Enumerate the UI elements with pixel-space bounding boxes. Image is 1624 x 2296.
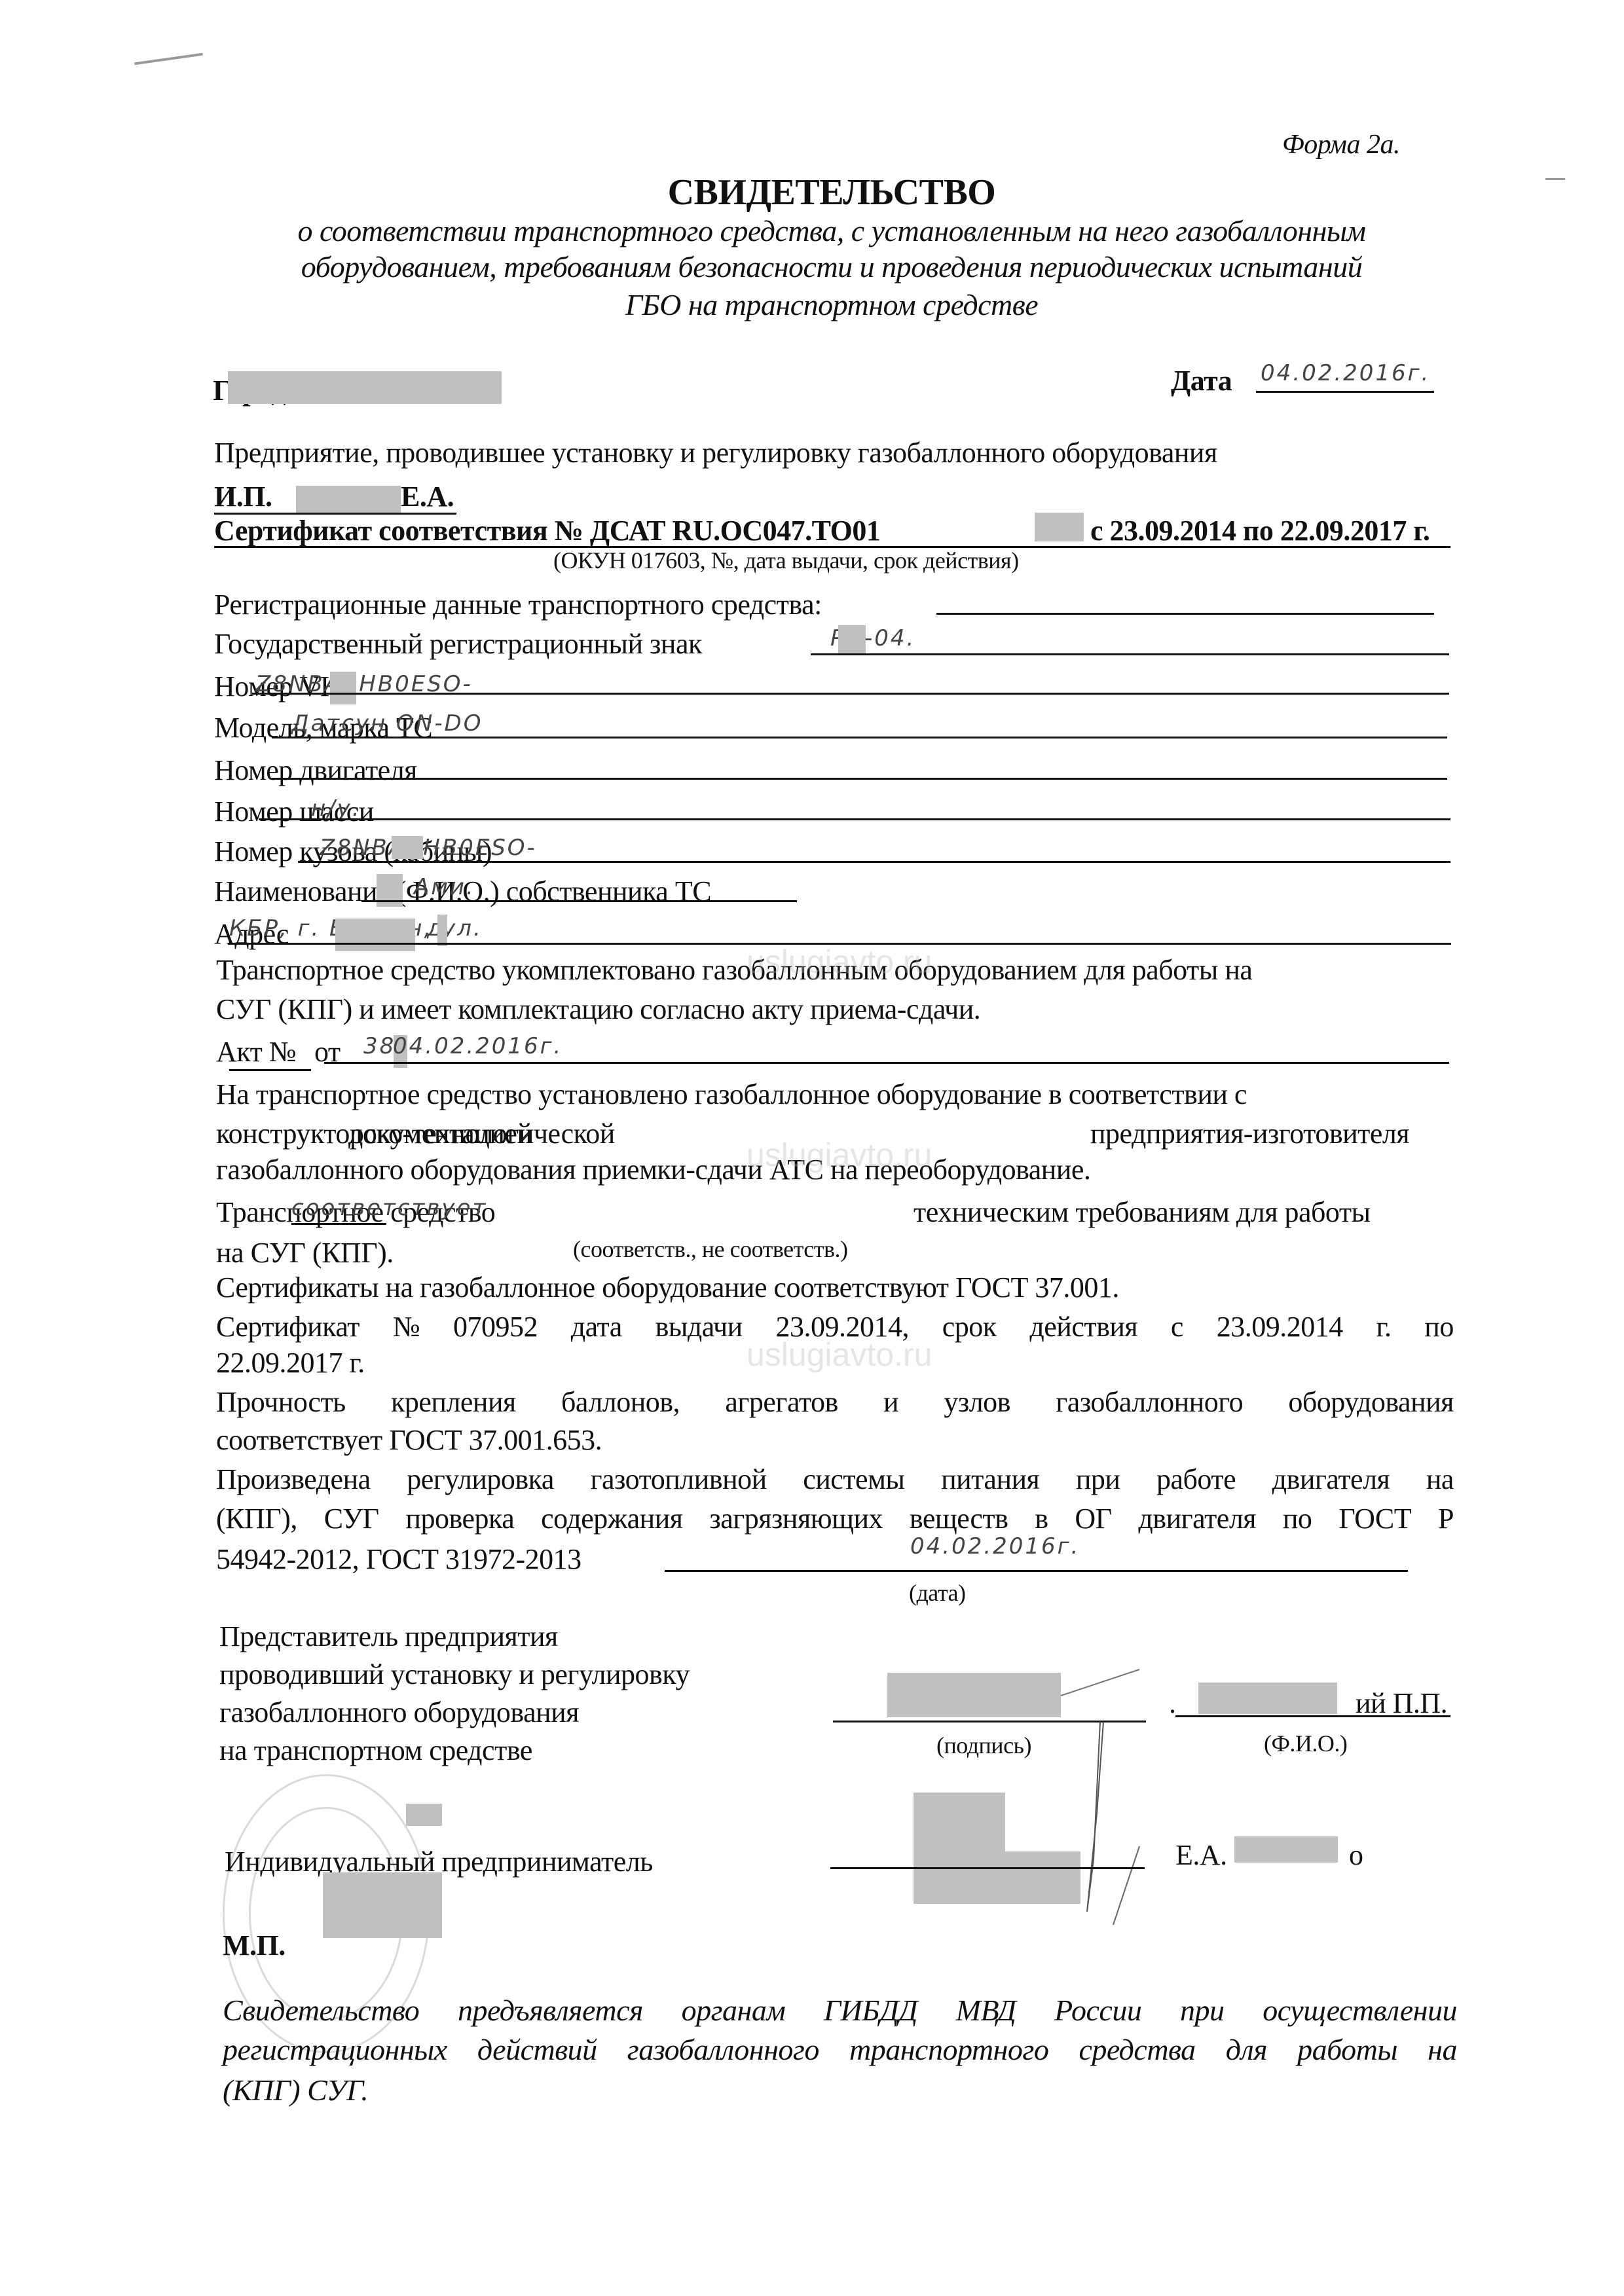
redacted-address-house — [437, 915, 447, 946]
plate-line — [811, 653, 1449, 655]
cert-line-2: 22.09.2017 г. — [216, 1349, 365, 1377]
redacted-ip-surname — [1234, 1836, 1338, 1863]
compliance-suffix: техническим требованиям для работы — [913, 1198, 1371, 1227]
enterprise-intro: Предприятие, проводившее установку и рег… — [214, 439, 1217, 467]
redacted-certificate-suffix — [1035, 513, 1084, 541]
word: в — [1035, 1504, 1048, 1533]
word: системы — [803, 1465, 904, 1494]
word: регистрационных — [223, 2035, 447, 2065]
equipment-para-2-word-3: предприятия-изготовителя — [1090, 1120, 1409, 1148]
redacted-rep-name — [1198, 1683, 1337, 1714]
word: для — [1226, 2035, 1267, 2065]
registration-data-label: Регистрационные данные транспортного сре… — [214, 591, 822, 619]
strength-line-2: соответствует ГОСТ 37.001.653. — [216, 1426, 602, 1455]
compliance-hint: (соответств., не соответств.) — [573, 1237, 848, 1261]
adjust-line-3: 54942-2012, ГОСТ 31972-2013 — [216, 1545, 581, 1574]
word: средства — [1079, 2035, 1195, 2065]
equipment-para-2c: газобаллонного оборудования приемки-сдач… — [216, 1156, 1090, 1184]
act-label: Акт № — [216, 1038, 296, 1066]
adjust-line-2: (КПГ), СУГ проверка содержания загрязняю… — [216, 1504, 1454, 1533]
model-value[interactable]: Датсун ON-DO — [291, 710, 483, 737]
chassis-value[interactable]: н/у. — [311, 795, 361, 822]
document-subtitle-line-2: оборудованием, требованиям безопасности … — [232, 252, 1431, 282]
act-date-line — [324, 1062, 1449, 1064]
word: (КПГ), — [216, 1504, 297, 1533]
word: газобаллонного — [1056, 1388, 1243, 1417]
form-label: Форма 2а. — [1282, 131, 1400, 158]
ip-name: Е.А. — [1175, 1841, 1227, 1870]
redacted-stamp-small — [406, 1804, 442, 1826]
date-underline — [1256, 391, 1434, 393]
word: газотопливной — [590, 1465, 766, 1494]
redacted-ip-signature-bottom — [913, 1851, 1080, 1904]
word: Прочность — [216, 1388, 346, 1417]
chassis-line — [259, 818, 1450, 820]
registration-data-line — [936, 613, 1434, 615]
equipment-para-2-word-2: документацией — [348, 1120, 532, 1148]
word: органам — [682, 1995, 786, 2026]
owner-line — [361, 900, 797, 902]
word: баллонов, — [561, 1388, 680, 1417]
plate-value-suffix: -04. — [864, 625, 915, 651]
word: г. — [1376, 1313, 1391, 1341]
enterprise-name-prefix: И.П. — [214, 483, 272, 511]
word: оборудования — [1288, 1388, 1453, 1417]
word: России — [1054, 1995, 1141, 2026]
engine-line — [272, 778, 1447, 780]
footer-line-3: (КПГ) СУГ. — [223, 2075, 368, 2105]
date-value[interactable]: 04.02.2016г. — [1261, 360, 1430, 386]
act-date[interactable]: 04.02.2016г. — [393, 1033, 563, 1059]
word: узлов — [944, 1388, 1010, 1417]
act-number-line — [229, 1069, 311, 1071]
word: ОГ — [1075, 1504, 1111, 1533]
watermark: uslugiavto.ru — [747, 943, 932, 981]
word: агрегатов — [725, 1388, 838, 1417]
gost-line: Сертификаты на газобаллонное оборудовани… — [216, 1273, 1119, 1302]
strength-line-1: Прочность крепления баллонов, агрегатов … — [216, 1388, 1454, 1417]
word: Произведена — [216, 1465, 371, 1494]
document-title: СВИДЕТЕЛЬСТВО — [0, 174, 1624, 211]
word: Сертификат — [216, 1313, 360, 1341]
word: 070952 — [453, 1313, 538, 1341]
document-subtitle-line-3: ГБО на транспортном средстве — [232, 290, 1431, 320]
redacted-enterprise-name — [296, 486, 401, 515]
ip-name-tail: о — [1349, 1841, 1363, 1870]
compliance-line — [291, 1223, 386, 1225]
word: транспортного — [849, 2035, 1048, 2065]
model-line — [272, 737, 1447, 738]
scan-artifact — [134, 53, 203, 65]
equipment-para-1: Транспортное средство укомплектовано газ… — [216, 956, 1252, 985]
rep-line-1: Представитель предприятия — [219, 1622, 558, 1651]
redacted-body-number — [392, 836, 423, 859]
redacted-city — [228, 371, 502, 404]
rep-line-4: на транспортном средстве — [219, 1736, 532, 1765]
word: СУГ — [324, 1504, 379, 1533]
rep-line-2: проводивший установку и регулировку — [219, 1660, 690, 1689]
compliance-value[interactable]: соответствует — [291, 1195, 487, 1221]
word: загрязняющих — [709, 1504, 883, 1533]
word: Р — [1438, 1504, 1454, 1533]
word: двигателя — [1138, 1504, 1256, 1533]
word: срок — [942, 1313, 997, 1341]
adjust-date[interactable]: 04.02.2016г. — [910, 1533, 1080, 1559]
word: веществ — [910, 1504, 1008, 1533]
word: по — [1424, 1313, 1454, 1341]
word: работы — [1297, 2035, 1397, 2065]
word: на — [1426, 1465, 1454, 1494]
certificate-number: Сертификат соответствия № ДСАТ RU.OC047.… — [214, 517, 880, 545]
word: дата — [571, 1313, 622, 1341]
word: содержания — [541, 1504, 682, 1533]
word: газобаллонного — [627, 2035, 819, 2065]
redacted-plate — [838, 625, 866, 654]
rep-name-suffix: ий П.П. — [1356, 1689, 1447, 1718]
footer-line-1: Свидетельство предъявляется органам ГИБД… — [223, 1995, 1457, 2026]
equipment-para-1b: СУГ (КПГ) и имеет комплектацию согласно … — [216, 995, 980, 1024]
word: 23.09.2014 — [1217, 1313, 1343, 1341]
redacted-vin — [330, 672, 356, 704]
word: действия — [1029, 1313, 1137, 1341]
certificate-validity: с 23.09.2014 по 22.09.2017 г. — [1090, 517, 1430, 545]
ip-signature-line — [830, 1867, 1145, 1869]
word: осуществлении — [1263, 1995, 1457, 2026]
word: по — [1283, 1504, 1312, 1533]
certificate-hint: (ОКУН 017603, №, дата выдачи, срок дейст… — [553, 549, 1019, 572]
word: при — [1076, 1465, 1120, 1494]
body-number-line — [298, 861, 1450, 863]
act-number[interactable]: 38 — [363, 1033, 396, 1059]
rep-name-line — [1175, 1715, 1450, 1717]
word: Свидетельство — [223, 1995, 419, 2026]
plate-label: Государственный регистрационный знак — [214, 630, 702, 659]
redacted-address-street — [335, 919, 415, 951]
watermark: uslugiavto.ru — [747, 1136, 932, 1174]
word: и — [883, 1388, 898, 1417]
equipment-para-2: На транспортное средство установлено газ… — [216, 1080, 1247, 1109]
document-subtitle-line-1: о соответствии транспортного средства, с… — [232, 216, 1431, 246]
adjust-date-line — [665, 1570, 1408, 1572]
body-number-value[interactable]: Z8NBAAHB0ESO- — [320, 835, 537, 861]
word: питания — [941, 1465, 1039, 1494]
word: действий — [477, 2035, 597, 2065]
word: крепления — [391, 1388, 516, 1417]
adjust-date-hint: (дата) — [909, 1581, 966, 1605]
enterprise-name-suffix: Е.А. — [401, 483, 454, 511]
date-label: Дата — [1171, 367, 1232, 395]
redacted-stamp-area — [323, 1872, 442, 1938]
word: на — [1428, 2035, 1457, 2065]
redacted-rep-signature — [887, 1673, 1061, 1717]
word: предъявляется — [458, 1995, 643, 2026]
word: выдачи — [655, 1313, 743, 1341]
watermark: uslugiavto.ru — [747, 1336, 932, 1374]
word: при — [1180, 1995, 1225, 2026]
stamp-label: М.П. — [223, 1931, 286, 1960]
vin-line — [252, 693, 1449, 695]
rep-line-3: газобаллонного оборудования — [219, 1698, 579, 1727]
compliance-line-2: на СУГ (КПГ). — [216, 1239, 394, 1267]
engine-label: Номер двигателя — [214, 756, 417, 785]
owner-value-suffix[interactable]: Ами. — [414, 874, 475, 900]
rep-name-hint: (Ф.И.О.) — [1264, 1732, 1347, 1755]
word: с — [1171, 1313, 1183, 1341]
adjust-line-1: Произведена регулировка газотопливной си… — [216, 1465, 1454, 1494]
footer-line-2: регистрационных действий газобаллонного … — [223, 2035, 1457, 2065]
word: МВД — [956, 1995, 1016, 2026]
word: ГОСТ — [1338, 1504, 1411, 1533]
word: двигателя — [1272, 1465, 1390, 1494]
word: проверка — [405, 1504, 514, 1533]
rep-signature-hint: (подпись) — [936, 1734, 1031, 1757]
word: регулировка — [407, 1465, 554, 1494]
word: ГИБДД — [824, 1995, 917, 2026]
word: работе — [1156, 1465, 1236, 1494]
word: № — [393, 1313, 420, 1341]
